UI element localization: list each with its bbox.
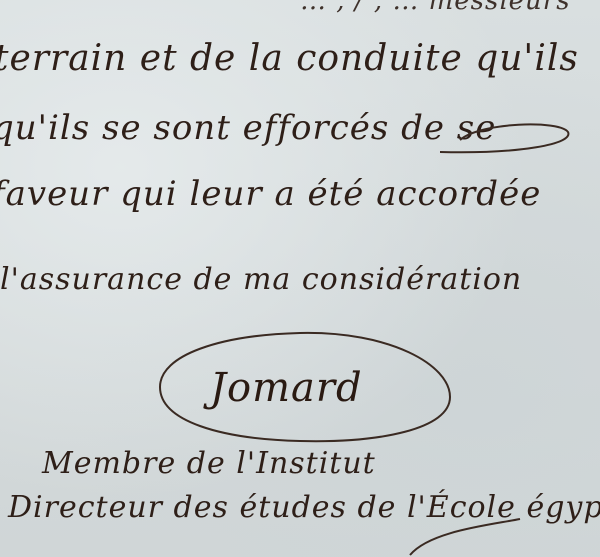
letter-line: terrain et de la conduite qu'ils — [0, 38, 579, 79]
underline-flourish-icon — [390, 515, 530, 557]
closing-line: l'assurance de ma considération — [0, 262, 522, 297]
signature-block: Jomard — [150, 325, 460, 445]
signature: Jomard — [210, 365, 363, 411]
partial-top-line: … , / , … messieurs — [300, 0, 571, 16]
flourish-icon — [440, 118, 580, 158]
letter-line: faveur qui leur a été accordée — [0, 174, 541, 214]
letter-line: qu'ils se sont efforcés de se — [0, 108, 496, 148]
title-line: Membre de l'Institut — [42, 446, 376, 481]
